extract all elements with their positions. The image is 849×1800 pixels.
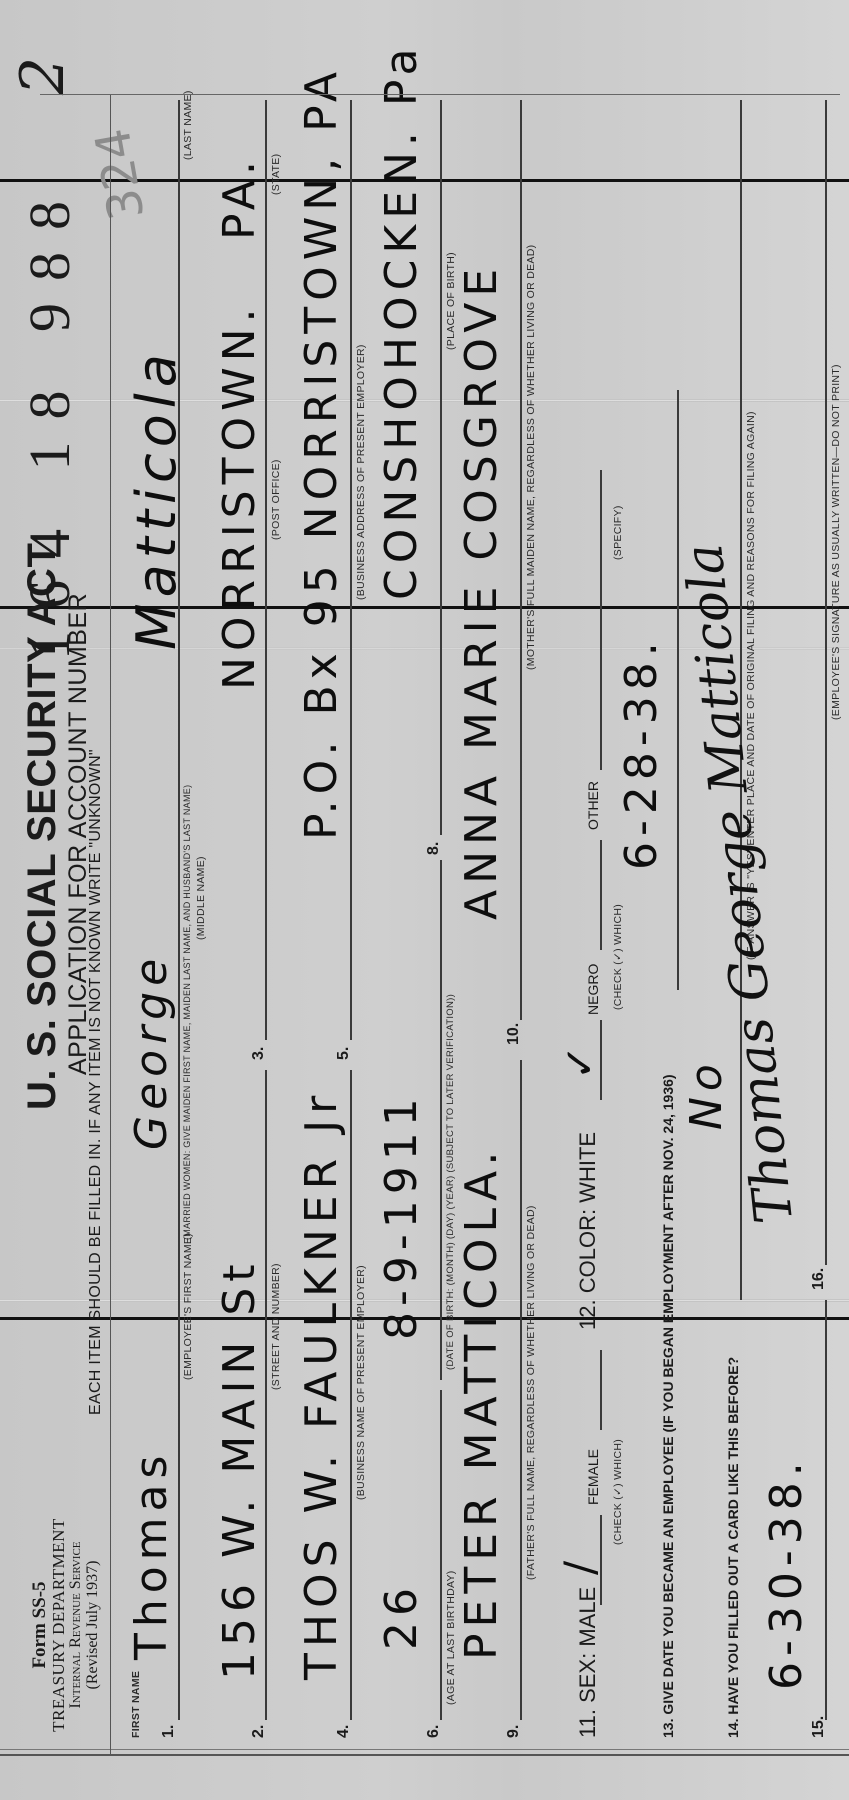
signature-line <box>825 100 827 1265</box>
last-name-value[interactable]: Matticola <box>130 348 184 650</box>
first-name-caption: (EMPLOYEE'S FIRST NAME) <box>182 1233 194 1380</box>
filled-before-question: HAVE YOU FILLED OUT A CARD LIKE THIS BEF… <box>725 1357 741 1715</box>
birth-date-line <box>440 860 442 1380</box>
form-right-border <box>40 94 840 95</box>
item-number: 10. <box>505 1023 523 1045</box>
filled-before-label: 14. HAVE YOU FILLED OUT A CARD LIKE THIS… <box>725 1357 741 1738</box>
male-checkmark[interactable]: / <box>555 1561 604 1575</box>
form-border <box>0 1754 849 1756</box>
mother-name-line <box>520 100 522 1020</box>
employer-name-value[interactable]: THOS W. FAULKNER Jr <box>300 1090 344 1680</box>
employer-address-caption: (BUSINESS ADDRESS OF PRESENT EMPLOYER) <box>355 344 367 600</box>
other-line <box>600 470 602 770</box>
item-number: 13. <box>660 1719 676 1738</box>
form-issuer: Form SS-5 TREASURY DEPARTMENT Internal R… <box>30 1510 101 1740</box>
item-number: 6. <box>425 1725 443 1738</box>
form-border-inner <box>0 1749 849 1750</box>
color-other-label: OTHER <box>585 781 601 830</box>
post-office-line <box>265 100 267 1040</box>
employment-date-label: 13. GIVE DATE YOU BECAME AN EMPLOYEE (IF… <box>660 1074 676 1738</box>
form-number: Form SS-5 <box>30 1510 50 1740</box>
item-number: 3. <box>250 1047 268 1060</box>
age-line <box>440 1390 442 1720</box>
first-name-small-label: FIRST NAME <box>130 1671 142 1738</box>
ss-application-form: Form SS-5 TREASURY DEPARTMENT Internal R… <box>0 0 849 1800</box>
filled-before-value[interactable]: No <box>685 1058 729 1130</box>
last-name-caption: (LAST NAME) <box>182 90 194 160</box>
employment-date-value[interactable]: 6-28-38. <box>620 636 664 870</box>
color-white-label: COLOR: WHITE <box>575 1132 600 1293</box>
street-line <box>265 1070 267 1720</box>
account-number: 164 18 988 <box>16 179 83 660</box>
age-value[interactable]: 26 <box>380 1582 424 1650</box>
sex-female-label: FEMALE <box>585 1449 601 1505</box>
father-name-value[interactable]: PETER MATTICOLA. <box>460 1146 504 1660</box>
street-value[interactable]: 156 W. MAIN St <box>218 1258 262 1680</box>
item-number: 4. <box>335 1725 353 1738</box>
father-name-caption: (FATHER'S FULL NAME, REGARDLESS OF WHETH… <box>525 1205 537 1580</box>
father-name-line <box>520 1060 522 1720</box>
item-number: 5. <box>335 1047 353 1060</box>
first-name-value[interactable]: Thomas <box>130 1450 174 1660</box>
birth-place-line <box>440 100 442 835</box>
first-name-line <box>178 100 180 1720</box>
color-negro-label: NEGRO <box>585 964 601 1015</box>
date-signed-value[interactable]: 6-30-38. <box>765 1456 809 1690</box>
item-number: 16. <box>810 1268 828 1290</box>
item-number: 12. <box>575 1299 600 1330</box>
date-signed-line <box>825 1300 827 1720</box>
color-label: 12. COLOR: WHITE <box>575 1132 601 1330</box>
state-value[interactable]: PA. <box>218 155 262 240</box>
revision-date: (Revised July 1937) <box>85 1510 102 1740</box>
service: Internal Revenue Service <box>68 1510 85 1740</box>
middle-name-caption: (MIDDLE NAME) <box>195 856 207 940</box>
employment-date-line <box>677 390 679 990</box>
mother-name-caption: (MOTHER'S FULL MAIDEN NAME, REGARDLESS O… <box>525 245 537 670</box>
white-checkmark[interactable]: ✓ <box>555 1045 604 1080</box>
divider <box>110 94 111 1754</box>
mother-name-value[interactable]: ANNA MARIE COSGROVE <box>460 263 504 920</box>
item-number: 14. <box>725 1719 741 1738</box>
item-number: 1. <box>160 1725 178 1738</box>
post-office-caption: (POST OFFICE) <box>270 459 282 540</box>
color-caption: (CHECK (✓) WHICH) <box>612 904 624 1010</box>
employer-name-caption: (BUSINESS NAME OF PRESENT EMPLOYER) <box>355 1265 367 1500</box>
employer-address-line <box>350 100 352 1040</box>
item-number: 11. <box>575 1709 600 1738</box>
birth-date-value[interactable]: 8-9-1911 <box>380 1092 424 1340</box>
item-number: 2. <box>250 1725 268 1738</box>
signature-caption: (EMPLOYEE'S SIGNATURE AS USUALLY WRITTEN… <box>830 364 842 720</box>
pencil-note: 324 <box>84 124 155 224</box>
employer-name-line <box>350 1070 352 1720</box>
sex-male-label: SEX: MALE <box>575 1587 600 1703</box>
negro-line <box>600 840 602 950</box>
employment-date-question: GIVE DATE YOU BECAME AN EMPLOYEE (IF YOU… <box>660 1074 676 1714</box>
birth-place-value[interactable]: CONSHOHOCKEN. Pa <box>380 43 424 600</box>
form-instruction: EACH ITEM SHOULD BE FILLED IN. IF ANY IT… <box>87 749 105 1415</box>
married-women-note: (MARRIED WOMEN: GIVE MAIDEN FIRST NAME, … <box>182 785 192 1240</box>
female-line <box>600 1350 602 1430</box>
birth-date-caption: (DATE OF BIRTH: (MONTH) (DAY) (YEAR) (SU… <box>445 994 456 1370</box>
department: TREASURY DEPARTMENT <box>50 1510 68 1740</box>
sex-caption: (CHECK (✓) WHICH) <box>612 1439 624 1545</box>
post-office-value[interactable]: NORRISTOWN. <box>218 302 262 690</box>
sex-label: 11. SEX: MALE <box>575 1587 601 1738</box>
state-caption: (STATE) <box>270 154 282 195</box>
employer-address-value[interactable]: P.O. Bx 95 NORRISTOWN, PA <box>300 66 344 840</box>
middle-name-value[interactable]: George <box>130 953 174 1150</box>
item-number: 8. <box>425 842 443 855</box>
street-caption: (STREET AND NUMBER) <box>270 1263 282 1390</box>
item-number: 9. <box>505 1725 523 1738</box>
account-suffix: 2 <box>8 57 78 95</box>
color-specify-caption: (SPECIFY) <box>612 505 624 560</box>
